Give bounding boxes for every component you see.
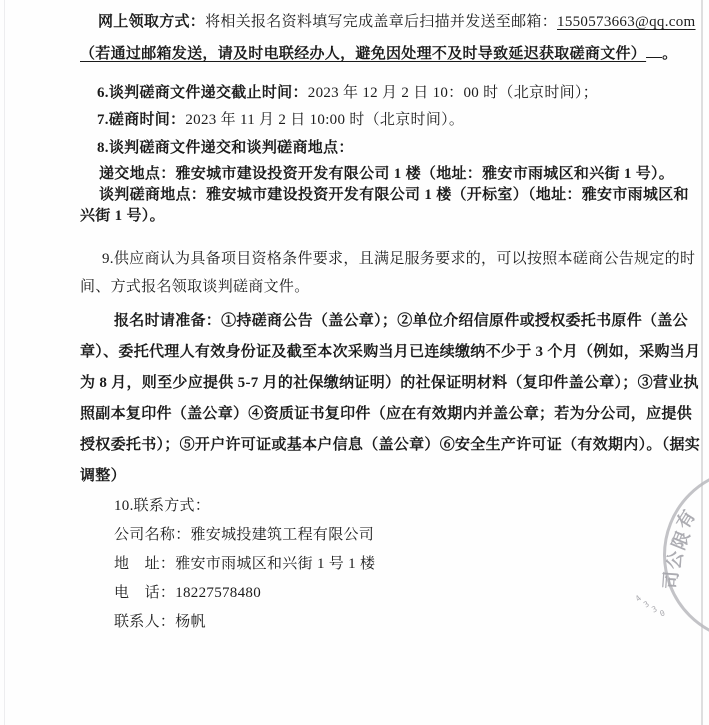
item7-label: 7.磋商时间： — [97, 112, 185, 128]
item10-label: 10.联系方式： — [114, 498, 210, 514]
contact-address: 地 址：雅安市雨城区和兴街 1 号 1 楼 — [114, 556, 375, 572]
contact-phone-line: 电 话：18227578480 — [80, 579, 703, 608]
item7-value: 2023 年 11 月 2 日 10:00 时（北京时间）。 — [185, 112, 464, 128]
paragraph-item9-supplier: 9.供应商认为具备项目资格条件要求，且满足服务要求的，可以按照本磋商公告规定的时… — [80, 245, 703, 301]
page-left-edge-line — [4, 0, 5, 725]
email-address: 1550573663@qq.com — [557, 14, 696, 30]
paragraph-item6-deadline: 6.谈判磋商文件递交截止时间：2023 年 12 月 2 日 10：00 时（北… — [80, 83, 703, 104]
paragraph-email-warning: （若通过邮箱发送，请及时电联经办人，避免因处理不及时导致延迟获取磋商文件）。 — [80, 43, 703, 65]
paragraph-item10-contact-heading: 10.联系方式： — [80, 492, 703, 521]
item8-label: 8.谈判磋商文件递交和谈判磋商地点： — [97, 140, 354, 156]
submit-location-text: 递交地点：雅安城市建设投资开发有限公司 1 楼（地址：雅安市雨城区和兴街 1 号… — [99, 166, 674, 182]
online-method-text: 将相关报名资料填写完成盖章后扫描并发送至邮箱： — [205, 14, 557, 30]
contact-company-line: 公司名称：雅安城投建筑工程有限公司 — [80, 521, 703, 550]
email-warning-text: （若通过邮箱发送，请及时电联经办人，避免因处理不及时导致延迟获取磋商文件） — [80, 46, 646, 62]
contact-person-line: 联系人：杨帆 — [80, 608, 703, 637]
contact-person: 联系人：杨帆 — [114, 614, 206, 630]
item6-label: 6.谈判磋商文件递交截止时间： — [97, 85, 308, 101]
warning-period: 。 — [662, 46, 677, 62]
paragraph-item7-time: 7.磋商时间：2023 年 11 月 2 日 10:00 时（北京时间）。 — [80, 110, 703, 131]
paragraph-item8-locations-heading: 8.谈判磋商文件递交和谈判磋商地点： — [80, 138, 703, 159]
scanned-document-page: 网上领取方式：将相关报名资料填写完成盖章后扫描并发送至邮箱：1550573663… — [0, 0, 709, 725]
paragraph-registration-requirements: 报名时请准备：①持磋商公告（盖公章）；②单位介绍信原件或授权委托书原件（盖公章）… — [80, 306, 703, 492]
item9-text: 9.供应商认为具备项目资格条件要求，且满足服务要求的，可以按照本磋商公告规定的时… — [80, 251, 695, 295]
paragraph-online-method: 网上领取方式：将相关报名资料填写完成盖章后扫描并发送至邮箱：1550573663… — [80, 0, 703, 33]
contact-company: 公司名称：雅安城投建筑工程有限公司 — [114, 527, 374, 543]
paragraph-negotiation-location: 谈判磋商地点：雅安城市建设投资开发有限公司 1 楼（开标室）（地址：雅安市雨城区… — [80, 185, 703, 227]
contact-phone: 电 话：18227578480 — [114, 585, 261, 601]
item6-value: 2023 年 12 月 2 日 10：00 时（北京时间）； — [308, 85, 598, 101]
registration-requirements-text: 报名时请准备：①持磋商公告（盖公章）；②单位介绍信原件或授权委托书原件（盖公章）… — [80, 313, 700, 484]
warning-underline-tail — [646, 43, 662, 58]
contact-address-line: 地 址：雅安市雨城区和兴街 1 号 1 楼 — [80, 550, 703, 579]
paragraph-submit-location: 递交地点：雅安城市建设投资开发有限公司 1 楼（地址：雅安市雨城区和兴街 1 号… — [80, 164, 703, 185]
online-method-label: 网上领取方式： — [98, 14, 205, 30]
negotiation-location-text: 谈判磋商地点：雅安城市建设投资开发有限公司 1 楼（开标室）（地址：雅安市雨城区… — [80, 187, 689, 224]
document-content: 网上领取方式：将相关报名资料填写完成盖章后扫描并发送至邮箱：1550573663… — [80, 0, 703, 637]
